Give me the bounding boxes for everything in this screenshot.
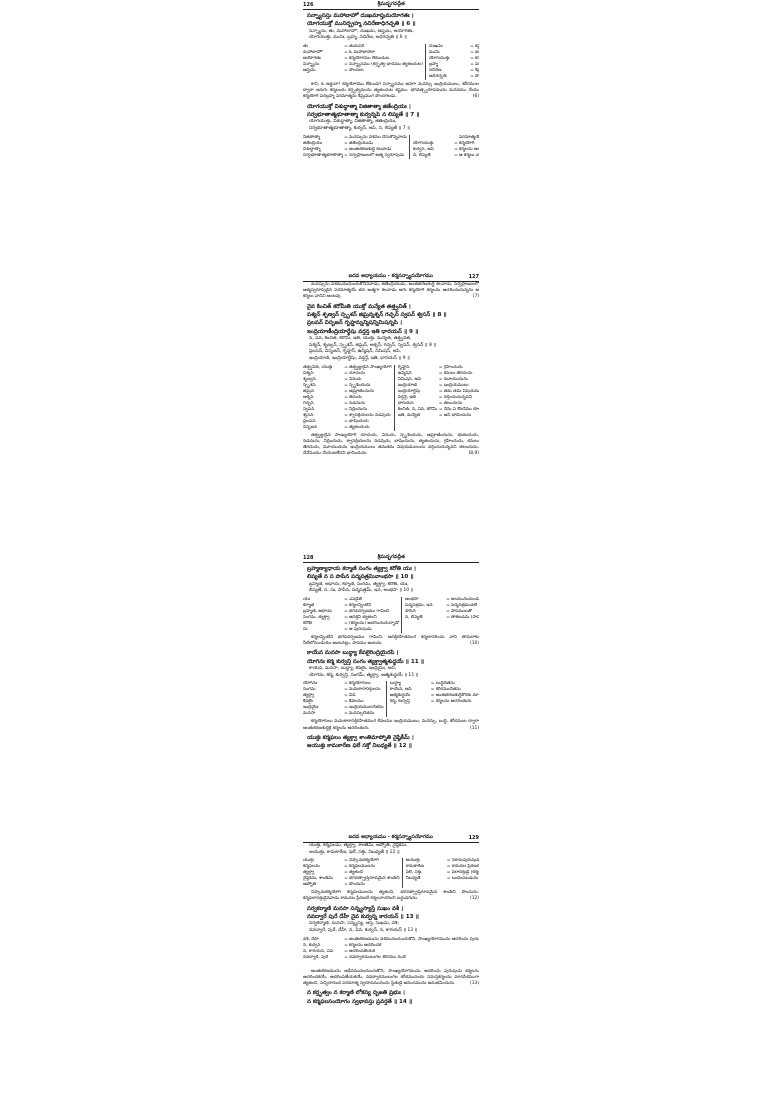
verse-line: సర్వభూతాత్మభూతాత్మా కుర్వన్నపి న లిప్యతే… xyxy=(307,111,479,119)
page-number: 129 xyxy=(469,835,479,841)
meaning-row: కర్మ, కుర్వన్తి=కర్మలను ఆచరింతురు xyxy=(390,699,479,705)
verse-reference: (8,9) xyxy=(461,451,479,457)
verse-line: ఇంద్రియాణి, ఇంద్రియార్థేషు, వర్తన్తే, ఇత… xyxy=(309,356,479,363)
term: న, లిప్యతే xyxy=(413,153,453,159)
word-meaning-table: యుక్తః=నిష్కామకర్మయోగికర్మఫలమ్=కర్మఫలముల… xyxy=(303,858,479,888)
word-split: సన్న్యాసః, తు, మహాబాహో, దుఃఖమ్, ఆప్తుమ్,… xyxy=(303,29,479,42)
verse-line: యోగయుక్తో మునిర్బ్రహ్మ నచిరేణాధిగచ్ఛతి ॥… xyxy=(307,20,479,28)
term: మనసా xyxy=(303,711,343,717)
verse-line: యోగినః, కర్మ, కుర్వన్తి, సంగమ్, త్యక్త్వ… xyxy=(309,673,479,680)
commentary-paragraph: నిష్కామకర్మయోగి కర్మఫలములను త్యజించి, భగ… xyxy=(303,890,479,902)
word-split: న, ఏవ, కించిత్, కరోమి, ఇతి, యుక్తః, మన్య… xyxy=(303,336,479,362)
verse-line: సన్న్యాసస్తు మహాబాహో దుఃఖమాప్తుమయోగతః । xyxy=(307,12,479,20)
meaning: పొందును xyxy=(349,882,400,888)
meaning-column-right: అయుక్తః=సకామపురుషుడుకామకారేణ=కామనల ప్రేర… xyxy=(403,858,479,888)
running-title: ఐదవ అధ్యాయము - కర్మసన్న్యాసయోగము xyxy=(313,273,469,280)
verse-line: సర్వకర్మాణి, మనసా, సన్న్యస్య, ఆస్తే, సుఖ… xyxy=(309,921,479,928)
meaning: నవద్వారములుగల శరీరము నందే xyxy=(349,955,479,961)
verse-reference: (7) xyxy=(465,294,479,300)
term: నిబధ్యతే xyxy=(406,876,446,882)
meaning-column-right: గృహ్ణన్=గ్రహించుచుఉన్మిషన్=కనులు తెరచుచు… xyxy=(395,365,479,431)
meaning: ఆ పురుషుడు xyxy=(349,627,399,633)
sanskrit-verse: నైవ కించిత్ కరోమీతి యుక్తో మన్యేత తత్త్వ… xyxy=(303,303,479,337)
meaning-column-left: యుక్తః=నిష్కామకర్మయోగికర్మఫలమ్=కర్మఫలముల… xyxy=(303,858,403,888)
meaning-column-right: దుఃఖమ్=కష్టముమునిః=భగవత్స్వరూపమును మననము… xyxy=(426,44,479,80)
meaning-row: న, లిప్యతే=తాకబడడు (పాపము అతనిని ఏ మాత్ర… xyxy=(405,615,479,621)
sanskrit-verse: న కర్తృత్వం న కర్మాణి లోకస్య సృజతి ప్రభు… xyxy=(303,989,479,1006)
term: ఆప్తుమ్ xyxy=(303,68,343,74)
verse-line: న కర్మఫలసంయోగం స్వభావస్తు ప్రవర్తతే ॥ 14… xyxy=(307,998,479,1006)
verse-line: పశ్యన్ శృణ్వన్ స్పృశన్ జిఘ్రన్నశ్నన్ గచ్… xyxy=(307,311,479,319)
page-129: ఐదవ అధ్యాయము - కర్మసన్న్యాసయోగము129యుక్త… xyxy=(303,833,479,1108)
verse-line: సర్వకర్మాణి మనసా సన్న్యస్యాస్తే సుఖం వశీ… xyxy=(307,905,479,913)
meaning-column-left: యః=ఎవడైతేకర్మాణి=కర్మలన్నింటినిబ్రహ్మణి,… xyxy=(303,597,402,633)
sanskrit-verse: సన్న్యాసస్తు మహాబాహో దుఃఖమాప్తుమయోగతః ।య… xyxy=(303,12,479,29)
verse-line: యోగయుక్తో విశుద్ధాత్మా విజితాత్మా జితేంద… xyxy=(307,103,479,111)
commentary-text: మనస్సును వశమునందుంచుకొనినవాడు, జితేంద్రి… xyxy=(303,282,479,299)
meaning-row: ఆప్తుమ్=పొందుట xyxy=(303,68,423,74)
term: ఆప్నోతి xyxy=(303,882,343,888)
word-split: కాయేన, మనసా, బుద్ధ్యా, కేవలైః, ఇంద్రియైః… xyxy=(303,666,479,679)
meaning: మనస్సుచేతను xyxy=(349,711,384,717)
word-split: సర్వకర్మాణి, మనసా, సన్న్యస్య, ఆస్తే, సుఖ… xyxy=(303,921,479,934)
running-title: శ్రీమద్భగవద్గీత xyxy=(313,1,469,8)
commentary-text: కర్మయోగులు మమకారాసక్తిరహితముగ కేవలము ఇంద… xyxy=(303,719,479,730)
verse-line: అయుక్తః, కామకారేణ, ఫలే, సక్తః, నిబధ్యతే … xyxy=(309,850,479,857)
term: ఇతి, మన్యేత xyxy=(398,413,438,419)
sanskrit-verse: యుక్తః కర్మఫలం త్యక్త్వా శాంతిమాప్నోతి న… xyxy=(303,734,479,751)
verse-line: కాయేన మనసా బుద్ధ్యా కేవలైరింద్రియైరపి । xyxy=(307,649,479,657)
commentary-paragraph: కాని, ఓ అర్జునా! కర్మయోగము లేకుండగ సన్న్… xyxy=(303,82,479,101)
meaning-column-right: బుద్ధ్యా=బుద్ధిచేతనుకాయేన, అపి=శరీరముచేత… xyxy=(387,681,479,717)
meaning: త్యజించుచు xyxy=(349,425,392,431)
verse-reference: (6) xyxy=(465,94,479,100)
verse-reference: (11) xyxy=(462,726,479,732)
meaning: కర్మలను ఆచరింతురు xyxy=(436,699,479,705)
verse-line: సర్వభూతాత్మభూతాత్మా, కుర్వన్, అపి, న, లి… xyxy=(309,126,479,133)
verse-line: లిప్యతే న స పాపేన పద్మపత్రమివాంభసా ॥ 10 … xyxy=(307,573,479,581)
verse-line: న, ఏవ, కించిత్, కరోమి, ఇతి, యుక్తః, మన్య… xyxy=(309,336,479,343)
term: సః xyxy=(303,627,343,633)
verse-line: యోగినః కర్మ కుర్వన్తి సంగం త్యక్త్వాత్మశ… xyxy=(307,658,479,666)
page-number: 127 xyxy=(469,274,479,280)
verse-line: న కర్తృత్వం న కర్మాణి లోకస్య సృజతి ప్రభు… xyxy=(307,989,479,997)
meaning-row: మనసా=మనస్సుచేతను xyxy=(303,711,384,717)
verse-line: బ్రహ్మణ్యాధాయ కర్మాణి సంగం త్యక్త్వా కరో… xyxy=(307,565,479,573)
word-split: యోగయుక్తః, విశుద్ధాత్మా, విజితాత్మా, జిత… xyxy=(303,119,479,132)
commentary-text: నిష్కామకర్మయోగి కర్మఫలములను త్యజించి, భగ… xyxy=(303,890,479,901)
commentary-paragraph: అంతఃకరణమును అధీనమునందుంచుకొని, సాంఖ్యయోగ… xyxy=(303,969,479,988)
verse-line: నైవ కించిత్ కరోమీతి యుక్తో మన్యేత తత్త్వ… xyxy=(307,303,479,311)
word-meaning-table: తు=తుదుపరిమహాబాహో=ఓ మహాబాహూఅయోగతః=కర్మయో… xyxy=(303,44,479,80)
term: కర్మ, కుర్వన్తి xyxy=(390,699,430,705)
meaning-row: సర్వభూతాత్మభూతాత్మా=సర్వప్రాణులలో ఆత్మ స… xyxy=(303,153,407,159)
verse-line: యోగయుక్తః, మునిః, బ్రహ్మ, నచిరేణ, అధిగచ్… xyxy=(309,35,479,42)
meaning-row: అధిగచ్ఛతి=పొందును xyxy=(429,74,479,80)
term: సర్వభూతాత్మభూతాత్మా xyxy=(303,153,343,159)
sanskrit-verse: బ్రహ్మణ్యాధాయ కర్మాణి సంగం త్యక్త్వా కరో… xyxy=(303,565,479,582)
meaning: తాకబడడు (పాపము అతనిని ఏ మాత్రమంటదు) xyxy=(451,615,479,621)
meaning-row: నవద్వారే, పురే=నవద్వారములుగల శరీరము నందే xyxy=(303,955,479,961)
page-header: 128శ్రీమద్భగవద్గీత xyxy=(303,553,479,563)
page-128: 128శ్రీమద్భగవద్గీతబ్రహ్మణ్యాధాయ కర్మాణి … xyxy=(303,553,479,833)
commentary-paragraph: మనస్సును వశమునందుంచుకొనినవాడు, జితేంద్రి… xyxy=(303,282,479,301)
word-meaning-table: యోగినః=కర్మయోగులుసంగమ్=మమకారాసక్తులనుత్య… xyxy=(303,681,479,717)
verse-line: నవద్వారే, పురే, దేహీ, న, ఏవ, కుర్వన్, న,… xyxy=(309,928,479,935)
term: అధిగచ్ఛతి xyxy=(429,74,469,80)
running-title: ఐదవ అధ్యాయము - కర్మసన్న్యాసయోగము xyxy=(313,834,469,841)
page-header: ఐదవ అధ్యాయము - కర్మసన్న్యాసయోగము127 xyxy=(303,272,479,282)
verse-reference: (13) xyxy=(462,981,479,987)
verse-line: నవద్వారే పురే దేహీ నైవ కుర్వన్న కారయన్ ॥… xyxy=(307,913,479,921)
meaning-column-left: తత్త్వవిత్, యుక్తః=తత్త్వజ్ఞుడైన సాంఖ్యయ… xyxy=(303,365,395,431)
commentary-paragraph: కర్మయోగులు మమకారాసక్తిరహితముగ కేవలము ఇంద… xyxy=(303,719,479,731)
verse-line: ఇంద్రియాణీంద్రియార్థేషు వర్తన్త ఇతి ధారయ… xyxy=(307,328,479,336)
verse-line: యుక్తః, కర్మఫలమ్, త్యక్త్వా, శాంతిమ్, ఆప… xyxy=(309,843,479,850)
meaning-row: విసృజన్=త్యజించుచు xyxy=(303,425,392,431)
commentary-text: కాని, ఓ అర్జునా! కర్మయోగము లేకుండగ సన్న్… xyxy=(303,82,479,99)
meaning-column-right: అంభసా=జలమునందుండిపద్మపత్రమ్, ఇవ=పద్మపత్ర… xyxy=(402,597,479,633)
verse-line: యుక్తః కర్మఫలం త్యక్త్వా శాంతిమాప్నోతి న… xyxy=(307,734,479,742)
commentary-text: తత్త్వజ్ఞుడైన సాంఖ్యయోగి చూచుచు, వినుచు,… xyxy=(303,433,479,457)
meaning: పొందును xyxy=(475,74,479,80)
verse-reference: (10) xyxy=(462,641,479,647)
page-header: 126శ్రీమద్భగవద్గీత xyxy=(303,0,479,10)
meaning-row: సః=ఆ పురుషుడు xyxy=(303,627,399,633)
commentary-paragraph: కర్మలన్నింటిని భగవదర్పణము గావించి, ఆసక్త… xyxy=(303,635,479,647)
sanskrit-verse: సర్వకర్మాణి మనసా సన్న్యస్యాస్తే సుఖం వశీ… xyxy=(303,905,479,922)
page-number: 128 xyxy=(303,555,313,561)
page-header: ఐదవ అధ్యాయము - కర్మసన్న్యాసయోగము129 xyxy=(303,833,479,843)
word-meaning-table: విజితాత్మా=మనస్సును వశము చేసుకొన్నవాడుజి… xyxy=(303,135,479,159)
meaning-column-right: పరమాత్మయే తన ఆత్మగా కలవాడుయోగయుక్తః=కర్మ… xyxy=(410,135,479,159)
page-126: 126శ్రీమద్భగవద్గీతసన్న్యాసస్తు మహాబాహో ద… xyxy=(303,0,479,272)
commentary-paragraph: తత్త్వజ్ఞుడైన సాంఖ్యయోగి చూచుచు, వినుచు,… xyxy=(303,433,479,458)
commentary-text: కర్మలన్నింటిని భగవదర్పణము గావించి, ఆసక్త… xyxy=(303,635,479,646)
term: నవద్వారే, పురే xyxy=(303,955,343,961)
running-title: శ్రీమద్భగవద్గీత xyxy=(313,554,469,561)
word-meaning-table: యః=ఎవడైతేకర్మాణి=కర్మలన్నింటినిబ్రహ్మణి,… xyxy=(303,597,479,633)
word-meaning-table: వశీ, దేహీ=అంతఃకరణమును వశమునందుంచుకొని, స… xyxy=(303,937,479,967)
sanskrit-verse: కాయేన మనసా బుద్ధ్యా కేవలైరింద్రియైరపి ।య… xyxy=(303,649,479,666)
word-meaning-table: తత్త్వవిత్, యుక్తః=తత్త్వజ్ఞుడైన సాంఖ్యయ… xyxy=(303,365,479,431)
meaning: ఆ కర్మలు వానిని అంటవు xyxy=(459,153,479,159)
verse-line: ప్రలపన్ విసృజన్ గృహ్ణన్నున్మిషన్నిమిషన్న… xyxy=(307,319,479,327)
commentary-text: అంతఃకరణమును అధీనమునందుంచుకొని, సాంఖ్యయోగ… xyxy=(303,969,479,986)
meaning-column-left: యోగినః=కర్మయోగులుసంగమ్=మమకారాసక్తులనుత్య… xyxy=(303,681,387,717)
meaning-row: ఇతి, మన్యేత=అని భావించును xyxy=(398,413,479,419)
verse-line: అయుక్తః కామకారేణ ఫలే సక్తో నిబధ్యతే ॥ 12… xyxy=(307,742,479,750)
meaning-row: న, లిప్యతే=ఆ కర్మలు వానిని అంటవు xyxy=(413,153,479,159)
meaning-column-left: వశీ, దేహీ=అంతఃకరణమును వశమునందుంచుకొని, స… xyxy=(303,937,479,967)
meaning-column-left: తు=తుదుపరిమహాబాహో=ఓ మహాబాహూఅయోగతః=కర్మయో… xyxy=(303,44,426,80)
page-127: ఐదవ అధ్యాయము - కర్మసన్న్యాసయోగము127మనస్స… xyxy=(303,272,479,553)
word-split: బ్రహ్మణి, ఆధాయ, కర్మాణి, సంగమ్, త్యక్త్వ… xyxy=(303,582,479,595)
term: న, లిప్యతే xyxy=(405,615,445,621)
meaning: బంధింపబడును (బద్ధుడగును) xyxy=(452,876,479,882)
meaning-row: ఆప్నోతి=పొందును xyxy=(303,882,400,888)
meaning-row: నిబధ్యతే=బంధింపబడును (బద్ధుడగును) xyxy=(406,876,479,882)
term: విసృజన్ xyxy=(303,425,343,431)
sanskrit-verse: యోగయుక్తో విశుద్ధాత్మా విజితాత్మా జితేంద… xyxy=(303,103,479,120)
page-number: 126 xyxy=(303,2,313,8)
meaning: అని భావించును xyxy=(444,413,479,419)
meaning-column-left: విజితాత్మా=మనస్సును వశము చేసుకొన్నవాడుజి… xyxy=(303,135,410,159)
verse-reference: (12) xyxy=(462,896,479,902)
meaning: పొందుట xyxy=(349,68,423,74)
word-split: యుక్తః, కర్మఫలమ్, త్యక్త్వా, శాంతిమ్, ఆప… xyxy=(303,843,479,856)
verse-line: లిప్యతే, న, సః, పాపేన, పద్మపత్రమ్, ఇవ, అ… xyxy=(309,588,479,595)
verse-line: కాయేన, మనసా, బుద్ధ్యా, కేవలైః, ఇంద్రియైః… xyxy=(309,666,479,673)
meaning: సర్వప్రాణులలో ఆత్మ స్వరూపుడు xyxy=(349,153,407,159)
